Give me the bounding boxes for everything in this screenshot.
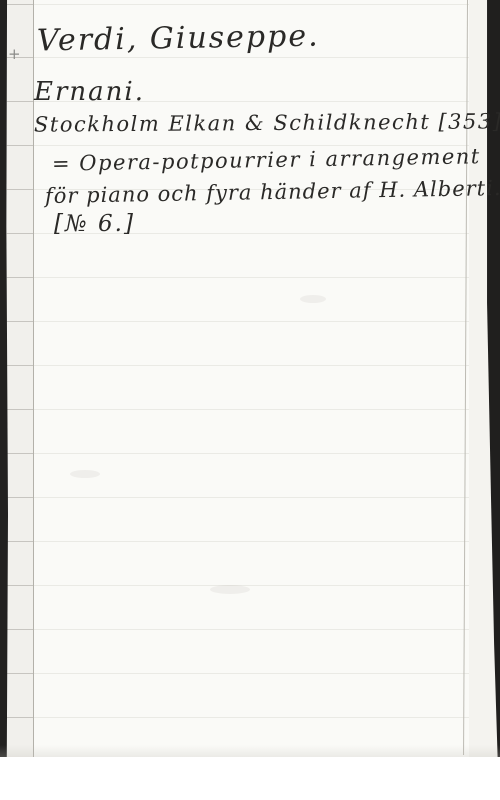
work-title-line: Ernani.	[34, 79, 145, 105]
paper-smudge	[210, 585, 250, 594]
paper-smudge	[300, 295, 326, 303]
margin-plus-mark: +	[8, 45, 21, 63]
scanned-catalog-card: + Verdi, Giuseppe. Ernani. Stockholm Elk…	[0, 0, 500, 800]
left-margin-gutter	[7, 0, 33, 757]
scan-bottom-edge	[0, 745, 500, 757]
paper-smudge	[70, 470, 100, 478]
imprint-publisher-line: Stockholm Elkan & Schildknecht [353]	[34, 111, 500, 135]
catalog-number-line: [№ 6.]	[54, 213, 135, 236]
scan-page: + Verdi, Giuseppe. Ernani. Stockholm Elk…	[0, 0, 500, 757]
author-heading-line: Verdi, Giuseppe.	[37, 22, 320, 57]
